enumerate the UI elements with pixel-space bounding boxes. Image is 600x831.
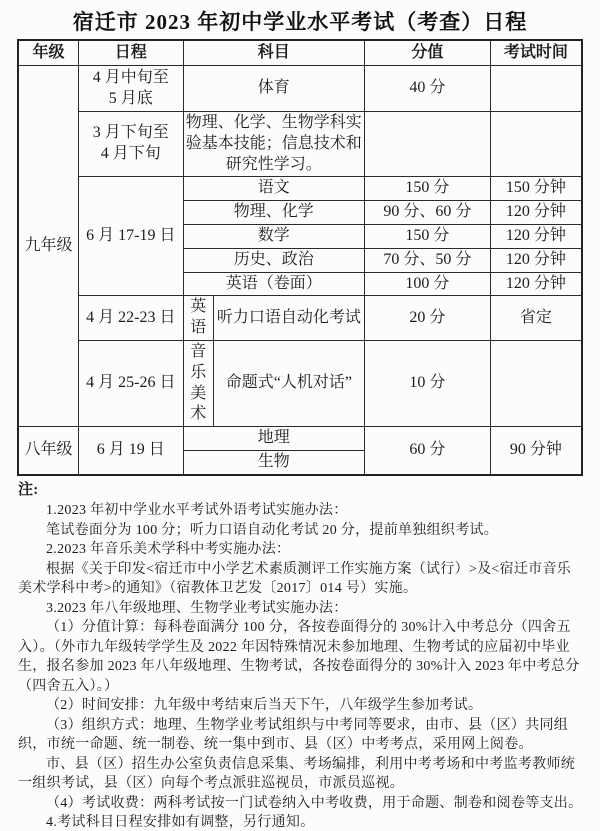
cell-subject: 生物 (183, 450, 364, 474)
table-row-english-listening: 4 月 22-23 日 英语 听力口语自动化考试 20 分 省定 (18, 296, 582, 341)
cell-date: 4 月 25-26 日 (78, 340, 183, 426)
cell-subject: 体育 (183, 66, 364, 112)
cell-subject: 地理 (183, 427, 364, 451)
header-grade: 年级 (18, 40, 78, 66)
cell-score: 100 分 (364, 272, 490, 296)
cell-subject: 物理、化学、生物学科实验基本技能；信息技术和研究性学习。 (183, 112, 364, 177)
note-paragraph: （2）时间安排：九年级中考结束后当天下午，八年级学生参加考试。 (18, 696, 584, 716)
cell-time-empty (490, 112, 582, 177)
exam-schedule-table: 年级 日程 科目 分值 考试时间 九年级 4 月中旬至 5 月底 体育 40 分… (17, 39, 583, 476)
cell-time: 120 分钟 (490, 224, 582, 248)
note-paragraph: （4）考试收费：两科考试按一门试卷纳入中考收费，用于命题、制卷和阅卷等支出。 (18, 794, 584, 814)
note-paragraph: 4.考试科目日程安排如有调整，另行通知。 (18, 813, 584, 831)
cell-subject: 物理、化学 (183, 201, 364, 225)
cell-time: 120 分钟 (490, 248, 582, 272)
note-paragraph: 1.2023 年初中学业水平考试外语考试实施办法： (18, 501, 584, 521)
note-paragraph: 根据《关于印发<宿迁市中小学艺术素质测评工作实施方案（试行）>及<宿迁市音乐美术… (18, 560, 584, 599)
cell-grade-9: 九年级 (18, 66, 78, 427)
cell-time-empty (490, 66, 582, 112)
cell-score: 40 分 (364, 66, 490, 112)
header-score: 分值 (364, 40, 490, 66)
cell-score: 20 分 (364, 296, 490, 341)
note-paragraph: 笔试卷面分为 100 分；听力口语自动化考试 20 分，提前单独组织考试。 (18, 521, 584, 541)
cell-grade-8: 八年级 (18, 427, 78, 475)
cell-score: 10 分 (364, 340, 490, 426)
note-paragraph: （1）分值计算：每科卷面满分 100 分，各按卷面得分的 30%计入中考总分（四… (18, 618, 584, 696)
cell-score: 70 分、50 分 (364, 248, 490, 272)
table-row-pe: 九年级 4 月中旬至 5 月底 体育 40 分 (18, 66, 582, 112)
note-paragraph: 市、县（区）招生办公室负责信息采集、考场编排，利用中考考场和中考监考教师统一组织… (18, 755, 584, 794)
cell-score: 150 分 (364, 224, 490, 248)
cell-score: 60 分 (364, 427, 490, 475)
cell-time: 90 分钟 (490, 427, 582, 475)
cell-date-june: 6 月 17-19 日 (78, 177, 183, 296)
cell-subject: 语文 (183, 177, 364, 201)
cell-subject: 英语（卷面） (183, 272, 364, 296)
header-row: 年级 日程 科目 分值 考试时间 (18, 40, 582, 66)
cell-date: 6 月 19 日 (78, 427, 183, 475)
cell-time: 150 分钟 (490, 177, 582, 201)
cell-subject: 听力口语自动化考试 (213, 296, 364, 341)
table-row-chinese: 6 月 17-19 日 语文 150 分 150 分钟 (18, 177, 582, 201)
cell-time: 120 分钟 (490, 201, 582, 225)
page-title: 宿迁市 2023 年初中学业水平考试（考查）日程 (0, 0, 600, 39)
table-row-lab-skills: 3 月下旬至 4 月下旬 物理、化学、生物学科实验基本技能；信息技术和研究性学习… (18, 112, 582, 177)
cell-group-english: 英语 (183, 296, 213, 341)
cell-time: 省定 (490, 296, 582, 341)
cell-subject: 数学 (183, 224, 364, 248)
cell-score-empty (364, 112, 490, 177)
cell-group-music-art: 音乐美术 (183, 340, 213, 426)
cell-date: 4 月中旬至 5 月底 (78, 66, 183, 112)
cell-subject: 历史、政治 (183, 248, 364, 272)
document-page: 宿迁市 2023 年初中学业水平考试（考查）日程 年级 日程 科目 分值 考试时… (0, 0, 600, 831)
note-paragraph: 3.2023 年八年级地理、生物学业考试实施办法： (18, 599, 584, 619)
header-date: 日程 (78, 40, 183, 66)
note-paragraph: 2.2023 年音乐美术学科中考实施办法： (18, 540, 584, 560)
cell-date: 3 月下旬至 4 月下旬 (78, 112, 183, 177)
header-time: 考试时间 (490, 40, 582, 66)
cell-score: 150 分 (364, 177, 490, 201)
cell-subject: 命题式“人机对话” (213, 340, 364, 426)
table-row-geography: 八年级 6 月 19 日 地理 60 分 90 分钟 (18, 427, 582, 451)
note-paragraph: （3）组织方式：地理、生物学业考试组织与中考同等要求，由市、县（区）共同组织，市… (18, 716, 584, 755)
cell-time-empty (490, 340, 582, 426)
header-subject: 科目 (183, 40, 364, 66)
cell-time: 120 分钟 (490, 272, 582, 296)
cell-date: 4 月 22-23 日 (78, 296, 183, 341)
notes-label: 注: (18, 481, 584, 501)
cell-score: 90 分、60 分 (364, 201, 490, 225)
notes-section: 注: 1.2023 年初中学业水平考试外语考试实施办法： 笔试卷面分为 100 … (0, 476, 600, 831)
table-row-music-art: 4 月 25-26 日 音乐美术 命题式“人机对话” 10 分 (18, 340, 582, 426)
